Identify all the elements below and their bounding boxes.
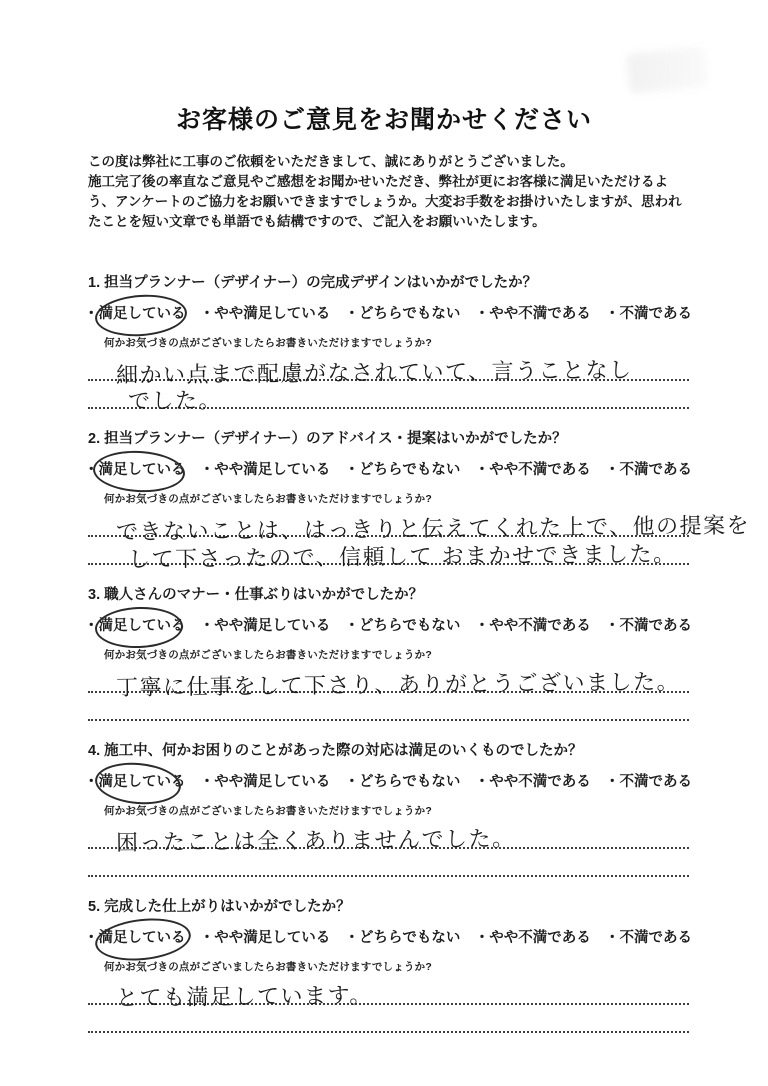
question-text: 2. 担当プランナー（デザイナー）のアドバイス・提案はいかがでしたか？ bbox=[88, 430, 708, 449]
scan-smudge-artifact bbox=[626, 46, 708, 94]
option-satisfied: ・満足している bbox=[84, 460, 186, 481]
answer-line: 細かい点まで配慮がなされていて、言うことなし bbox=[88, 353, 689, 381]
option-somewhat-dissatisfied: ・やや不満である bbox=[475, 928, 591, 949]
option-somewhat-dissatisfied: ・やや不満である bbox=[475, 772, 591, 793]
option-somewhat-satisfied: ・やや満足している bbox=[200, 304, 331, 325]
answer-line: とても満足しています。 bbox=[88, 977, 689, 1005]
question-text: 4. 施工中、何かお困りのことがあった際の対応は満足のいくものでしたか？ bbox=[88, 742, 708, 761]
handwritten-answer-line2: でした。 bbox=[128, 384, 222, 416]
option-dissatisfied: ・不満である bbox=[605, 772, 692, 793]
options-row: ・満足している ・やや満足している ・どちらでもない ・やや不満である ・不満で… bbox=[84, 304, 692, 325]
intro-text: この度は弊社に工事のご依頼をいただきまして、誠にありがとうございました。 施工完… bbox=[88, 152, 692, 232]
intro-paragraph-2: 施工完了後の率直なご意見やご感想をお聞かせいただき、弊社が更にお客様に満足いただ… bbox=[88, 172, 692, 232]
option-neutral: ・どちらでもない bbox=[345, 304, 461, 325]
intro-paragraph-1: この度は弊社に工事のご依頼をいただきまして、誠にありがとうございました。 bbox=[88, 152, 692, 172]
option-somewhat-dissatisfied: ・やや不満である bbox=[475, 616, 591, 637]
question-block-5: 5. 完成した仕上がりはいかがでしたか？ ・満足している ・やや満足している ・… bbox=[0, 898, 768, 1033]
scanned-survey-page: お客様のご意見をお聞かせください この度は弊社に工事のご依頼をいただきまして、誠… bbox=[0, 0, 768, 1086]
options-row: ・満足している ・やや満足している ・どちらでもない ・やや不満である ・不満で… bbox=[84, 616, 692, 637]
answer-line bbox=[88, 849, 689, 877]
option-neutral: ・どちらでもない bbox=[345, 616, 461, 637]
question-text: 5. 完成した仕上がりはいかがでしたか？ bbox=[88, 898, 708, 917]
question-block-1: 1. 担当プランナー（デザイナー）の完成デザインはいかがでしたか？ ・満足してい… bbox=[0, 274, 768, 409]
option-dissatisfied: ・不満である bbox=[605, 304, 692, 325]
comment-prompt: 何かお気づきの点がございましたらお書きいただけますでしょうか? bbox=[104, 491, 768, 506]
answer-line: して下さったので、信頼して おまかせできました。 bbox=[88, 537, 689, 565]
option-dissatisfied: ・不満である bbox=[605, 928, 692, 949]
comment-prompt: 何かお気づきの点がございましたらお書きいただけますでしょうか? bbox=[104, 335, 768, 350]
option-dissatisfied: ・不満である bbox=[605, 460, 692, 481]
option-satisfied: ・満足している bbox=[84, 616, 186, 637]
handwritten-answer-line2: して下さったので、信頼して おまかせできました。 bbox=[128, 537, 677, 574]
option-satisfied: ・満足している bbox=[84, 928, 186, 949]
options-row: ・満足している ・やや満足している ・どちらでもない ・やや不満である ・不満で… bbox=[84, 928, 692, 949]
question-text: 3. 職人さんのマナー・仕事ぶりはいかがでしたか？ bbox=[88, 586, 708, 605]
option-dissatisfied: ・不満である bbox=[605, 616, 692, 637]
question-text: 1. 担当プランナー（デザイナー）の完成デザインはいかがでしたか？ bbox=[88, 274, 708, 293]
options-row: ・満足している ・やや満足している ・どちらでもない ・やや不満である ・不満で… bbox=[84, 460, 692, 481]
answer-line: 困ったことは全くありませんでした。 bbox=[88, 821, 689, 849]
options-row: ・満足している ・やや満足している ・どちらでもない ・やや不満である ・不満で… bbox=[84, 772, 692, 793]
comment-prompt: 何かお気づきの点がございましたらお書きいただけますでしょうか? bbox=[104, 803, 768, 818]
option-satisfied: ・満足している bbox=[84, 304, 186, 325]
question-block-3: 3. 職人さんのマナー・仕事ぶりはいかがでしたか？ ・満足している ・やや満足し… bbox=[0, 586, 768, 721]
question-block-2: 2. 担当プランナー（デザイナー）のアドバイス・提案はいかがでしたか？ ・満足し… bbox=[0, 430, 768, 565]
answer-line bbox=[88, 1005, 689, 1033]
option-somewhat-satisfied: ・やや満足している bbox=[200, 616, 331, 637]
comment-prompt: 何かお気づきの点がございましたらお書きいただけますでしょうか? bbox=[104, 959, 768, 974]
answer-line: できないことは、はっきりと伝えてくれた上で、他の提案を bbox=[88, 509, 689, 537]
option-neutral: ・どちらでもない bbox=[345, 928, 461, 949]
question-list: 1. 担当プランナー（デザイナー）の完成デザインはいかがでしたか？ ・満足してい… bbox=[0, 274, 768, 1033]
question-block-4: 4. 施工中、何かお困りのことがあった際の対応は満足のいくものでしたか？ ・満足… bbox=[0, 742, 768, 877]
answer-line bbox=[88, 693, 689, 721]
answer-line: でした。 bbox=[88, 381, 689, 409]
answer-line: 丁寧に仕事をして下さり、ありがとうございました。 bbox=[88, 665, 689, 693]
option-neutral: ・どちらでもない bbox=[345, 772, 461, 793]
comment-prompt: 何かお気づきの点がございましたらお書きいただけますでしょうか? bbox=[104, 647, 768, 662]
option-neutral: ・どちらでもない bbox=[345, 460, 461, 481]
option-somewhat-dissatisfied: ・やや不満である bbox=[475, 460, 591, 481]
option-somewhat-satisfied: ・やや満足している bbox=[200, 460, 331, 481]
option-satisfied: ・満足している bbox=[84, 772, 186, 793]
option-somewhat-dissatisfied: ・やや不満である bbox=[475, 304, 591, 325]
option-somewhat-satisfied: ・やや満足している bbox=[200, 928, 331, 949]
option-somewhat-satisfied: ・やや満足している bbox=[200, 772, 331, 793]
